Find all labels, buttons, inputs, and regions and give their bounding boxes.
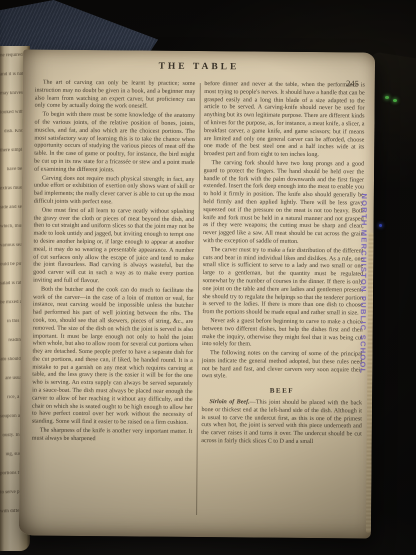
section-heading-beef: BEEF [202, 387, 363, 396]
sirloin-paragraph: Sirloin of Beef.—This joint should be pl… [201, 399, 362, 447]
paragraph: The carver must try to make a fair distr… [202, 247, 363, 319]
paragraph: Never ask a guest before beginning to ca… [202, 318, 363, 351]
paragraph: Carving does not require much physical s… [34, 175, 195, 208]
running-title: THE TABLE [23, 60, 375, 73]
paragraph: The following notes on the carving of so… [202, 350, 363, 383]
sirloin-text: —This joint should be placed with the ba… [201, 400, 362, 446]
paragraph: The carving fork should have two long pr… [203, 160, 364, 247]
paragraph: before dinner and never at the table, wh… [204, 81, 365, 160]
paragraph: Both the butcher and the cook can do muc… [32, 286, 194, 428]
sirloin-lead: Sirloin of Beef. [210, 399, 250, 405]
text-columns: The art of carving can only be learnt by… [31, 80, 365, 521]
book-photo: ne required soupand it is namelymay kniv… [0, 0, 416, 555]
left-text-column: The art of carving can only be learnt by… [31, 80, 195, 519]
right-text-column: before dinner and never at the table, wh… [201, 81, 365, 520]
book-page: THE TABLE 245 The art of carving can onl… [19, 49, 375, 538]
paragraph: One must first of all learn to carve nea… [33, 207, 194, 286]
green-led-icon [385, 96, 389, 99]
green-led-icon [393, 99, 397, 102]
paragraph: To begin with there must be some knowled… [34, 112, 195, 176]
blue-led-icon [379, 224, 382, 227]
paragraph: The sharpness of the knife is another ve… [32, 428, 193, 445]
right-column-paragraphs: before dinner and never at the table, wh… [202, 81, 365, 383]
paragraph: The art of carving can only be learnt by… [35, 80, 196, 113]
